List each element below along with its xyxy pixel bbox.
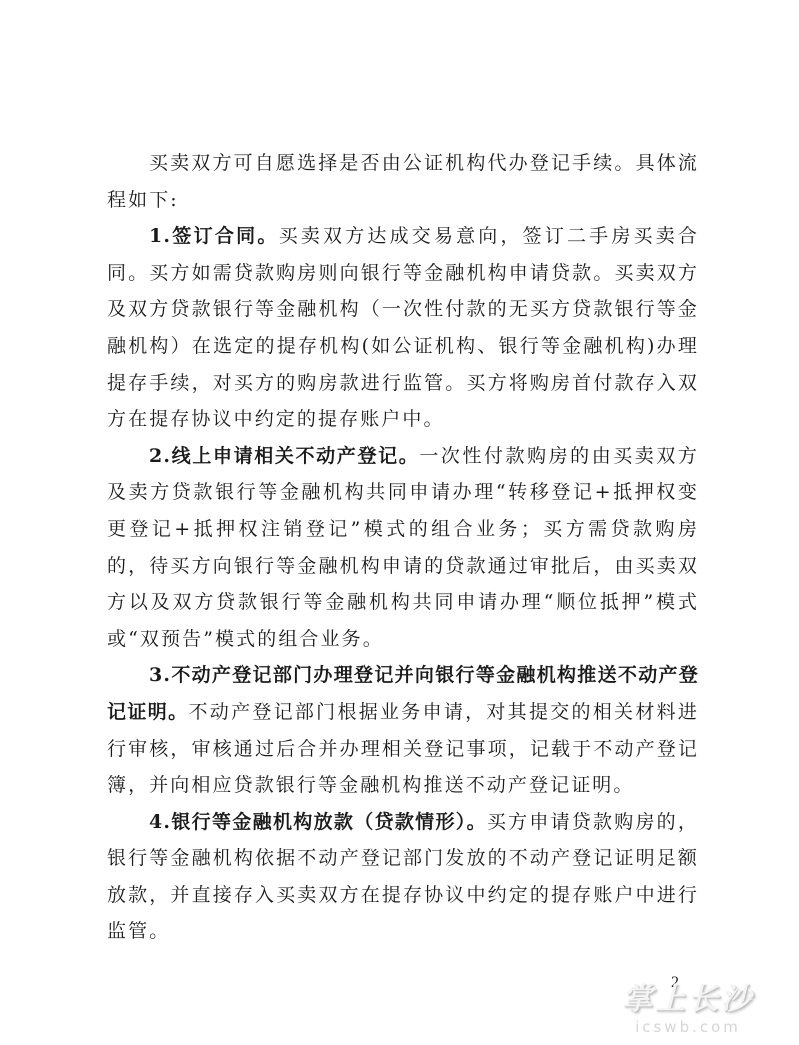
watermark-logo: 掌上长沙 icswb.com <box>598 984 778 1036</box>
paragraph-step-1: 1.签订合同。买卖双方达成交易意向，签订二手房买卖合同。买方如需贷款购房则向银行… <box>107 218 699 438</box>
paragraph-intro: 买卖双方可自愿选择是否由公证机构代办登记手续。具体流程如下: <box>107 145 699 218</box>
paragraph-text: 买卖双方达成交易意向，签订二手房买卖合同。买方如需贷款购房则向银行等金融机构申请… <box>107 225 699 430</box>
watermark-url: icswb.com <box>598 1018 778 1036</box>
paragraph-step-2: 2.线上申请相关不动产登记。一次性付款购房的由买卖双方及卖方贷款银行等金融机构共… <box>107 438 699 658</box>
paragraph-text: 不动产登记部门根据业务申请，对其提交的相关材料进行审核，审核通过后合并办理相关登… <box>107 701 699 796</box>
document-body: 买卖双方可自愿选择是否由公证机构代办登记手续。具体流程如下: 1.签订合同。买卖… <box>107 145 699 950</box>
paragraph-text: 一次性付款购房的由买卖双方及卖方贷款银行等金融机构共同申请办理“转移登记+抵押权… <box>107 445 699 650</box>
watermark-title: 掌上长沙 <box>598 984 778 1016</box>
paragraph-step-3: 3.不动产登记部门办理登记并向银行等金融机构推送不动产登记证明。不动产登记部门根… <box>107 657 699 803</box>
paragraph-text: 买卖双方可自愿选择是否由公证机构代办登记手续。具体流程如下: <box>107 152 699 211</box>
paragraph-heading: 4.银行等金融机构放款（贷款情形）。 <box>149 811 487 833</box>
paragraph-heading: 2.线上申请相关不动产登记。 <box>149 445 419 467</box>
paragraph-step-4: 4.银行等金融机构放款（贷款情形）。买方申请贷款购房的，银行等金融机构依据不动产… <box>107 804 699 950</box>
paragraph-heading: 1.签订合同。 <box>149 225 279 247</box>
